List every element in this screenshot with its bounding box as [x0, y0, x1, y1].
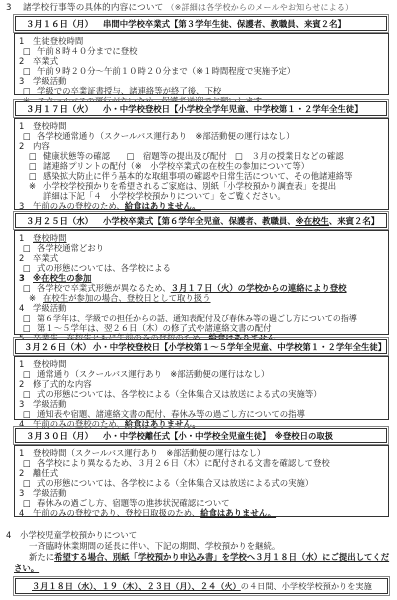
event-title: 小・中学校離任式【小・中学校全児童生徒】 ※登校日の取扱 — [103, 431, 333, 441]
list-item: 3午前のみの登校のため、給食はありません。 — [19, 201, 388, 211]
list-item: □各学校通常どおり — [19, 243, 388, 253]
list-item: □学級での卒業証書授与、諸連絡等が終了後、下校 — [19, 86, 388, 96]
section-4-line: さい。 — [6, 563, 391, 574]
section-note: （※詳細は各学校からのメールやお知らせによる） — [166, 3, 353, 12]
checkbox-icon: □ — [23, 409, 37, 419]
list-item: □各学校により異なるため、３月２６日（木）に配付される文書を確認して登校 — [19, 458, 388, 468]
list-item: □通常通り（スクールバス運行あり ※部活動便の運行はなし） — [19, 369, 388, 379]
event-date: ３月２５日（水） — [26, 216, 93, 227]
list-item: 3※在校生の参加 — [19, 273, 388, 283]
event-date: ３月３０日（月） — [26, 431, 93, 442]
event-date: ３月１７日（火） — [26, 104, 93, 115]
list-item: □第６学年は、学級での担任からの話、通知表配付及び春休み等の過ごし方についての指… — [19, 313, 388, 323]
list-item: 3学級活動 — [19, 488, 388, 498]
event-header-0325: ３月２５日（水）小学校卒業式【第６学年全児童、保護者、教職員、※在校生、来賓２名… — [15, 213, 387, 228]
list-item: □春休みの過ごし方、宿題等の進捗状況確認について — [19, 498, 388, 508]
list-item: □午前９時２０分～午前１０時２０分まで（※１時間程度で実施予定） — [19, 66, 388, 76]
list-item: □諸連絡プリントの配付（※ 小学校卒業式の在校生の参加について等） — [19, 161, 388, 171]
list-item: □感染拡大防止に伴う基本的な取組事項の確認や日常生活について、その他諸連絡等 — [19, 171, 388, 181]
checkbox-icon: □ — [23, 263, 37, 273]
list-item: □各学校で卒業式形態が異なるため、３月１７日（火）の学校からの連絡により登校 — [19, 283, 388, 293]
list-item: 3学級活動 — [19, 76, 388, 86]
checkbox-icon: □ — [29, 171, 43, 181]
event-title: 小・中学校登校日【小学校全学年児童、中学校第１・２学年全生徒】 — [103, 104, 363, 114]
checkbox-icon: □ — [23, 323, 37, 333]
section-4-line: 一斉臨時休業期間の延長に伴い、下記の期間、学校預かりを継続。 — [6, 541, 391, 552]
checkbox-icon: □ — [23, 46, 37, 56]
list-item: 3学級活動 — [19, 399, 388, 409]
childcare-dates: ３月１８日（水）、１９（木）、２３日（月）、２４（火） — [32, 581, 241, 591]
list-item: ※在校生が参加の場合、登校日として取り扱う — [19, 293, 388, 303]
checkbox-icon: □ — [23, 478, 37, 488]
list-item: 2修了式的な内容 — [19, 379, 388, 389]
checkbox-icon: □ — [29, 151, 43, 161]
event-title: 串間中学校卒業式【第３学年生徒、保護者、教職員、来賓２名】 — [103, 19, 346, 29]
list-item: 1登校時間（スクールバス運行あり ※部活動便の運行はなし） — [19, 448, 388, 458]
list-item: 2離任式 — [19, 468, 388, 478]
event-header-0317: ３月１７日（火）小・中学校登校日【小学校全学年児童、中学校第１・２学年全生徒】 — [15, 101, 387, 116]
checkbox-icon: □ — [29, 161, 43, 171]
section-number: 3 — [6, 3, 20, 13]
list-item: ※小学校学校預かりを希望されるご家庭は、別紙「小学校預かり調査表」を提出 — [19, 181, 388, 191]
list-item: 4午前のみの登校であり、登校日取扱のため、給食はありません。 — [19, 508, 388, 518]
event-body-0330: 1登校時間（スクールバス運行あり ※部活動便の運行はなし） □各学校により異なる… — [14, 445, 389, 517]
section-4-line: 新たに希望する場合、別紙「学校預かり申込み書」を学校へ３月１８日（水）にご提出し… — [6, 552, 391, 563]
section-3-heading: 3 諸学校行事等の具体的内容について （※詳細は各学校からのメールやお知らせによ… — [6, 3, 353, 13]
event-body-0326: 1登校時間 □通常通り（スクールバス運行あり ※部活動便の運行はなし） 2修了式… — [14, 356, 389, 420]
list-item: □通知表や宿題、諸連絡文書の配付、春休み等の過ごし方についての指導 — [19, 409, 388, 419]
section-title: 諸学校行事等の具体的内容について — [23, 3, 164, 13]
list-item: □健康状態等の確認 □ 宿題等の提出及び配付 □ ３月の授業日などの確認 — [19, 151, 388, 161]
list-item: 1生徒登校時間 — [19, 36, 388, 46]
list-item: 2卒業式 — [19, 56, 388, 66]
note-mark-icon: ※ — [29, 181, 43, 191]
event-date: ３月２６日（木） — [24, 342, 91, 353]
no-lunch-notice: 給食はありません。 — [125, 201, 201, 211]
event-header-0326: ３月２６日（木）小・中学校登校日【小学校第１～５学年全児童、中学校第１・２学年全… — [15, 339, 387, 354]
list-item: □午前８時４０分までに登校 — [19, 46, 388, 56]
list-item: 2内容 — [19, 141, 388, 151]
list-item: 1登校時間 — [19, 121, 388, 131]
list-item: □式の形態については、各学校による（全体集合又は放送による式の実施等） — [19, 389, 388, 399]
checkbox-icon: □ — [23, 389, 37, 399]
checkbox-icon: □ — [23, 458, 37, 468]
list-item: 詳細は下記「４ 小学校学校預かりについて」をご覧ください。 — [19, 191, 388, 201]
checkbox-icon: □ — [23, 243, 37, 253]
event-header-0330: ３月３０日（月）小・中学校離任式【小・中学校全児童生徒】 ※登校日の取扱 — [15, 428, 387, 443]
checkbox-icon: □ — [23, 369, 37, 379]
list-item: □各学校通常通り（スクールバス運行あり ※部活動便の運行はなし） — [19, 131, 388, 141]
section-4: 4小学校児童学校預かりについて 一斉臨時休業期間の延長に伴い、下記の期間、学校預… — [6, 530, 391, 574]
checkbox-icon: □ — [23, 131, 37, 141]
list-item: □式の形態については、各学校による（全体集合又は放送による式の実施） — [19, 478, 388, 488]
checkbox-icon: □ — [23, 313, 37, 323]
childcare-dates-box: ３月１８日（水）、１９（木）、２３日（月）、２４（火）の４日間、小学校学校預かり… — [15, 578, 388, 594]
list-item: □式の形態については、各学校による — [19, 263, 388, 273]
event-body-0316: 1生徒登校時間 □午前８時４０分までに登校 2卒業式 □午前９時２０分～午前１０… — [14, 33, 389, 95]
list-item: 1登校時間 — [19, 359, 388, 369]
event-body-0325: 1登校時間 □各学校通常どおり 2卒業式 □式の形態については、各学校による 3… — [14, 230, 389, 335]
list-item: 1登校時間 — [19, 233, 388, 243]
event-date: ３月１６日（月） — [26, 19, 93, 30]
event-title: 小・中学校登校日【小学校第１～５学年全児童、中学校第１・２学年全生徒】 — [93, 342, 386, 352]
list-item: 2卒業式 — [19, 253, 388, 263]
checkbox-icon: □ — [23, 283, 37, 293]
no-lunch-notice: 給食はありません。 — [200, 508, 276, 518]
list-item: 4学級活動 — [19, 303, 388, 313]
checkbox-icon: □ — [23, 66, 37, 76]
checkbox-icon: □ — [23, 86, 37, 96]
note-mark-icon: ※ — [29, 293, 43, 303]
list-item: □第１～５学年は、翌２６日（木）の修了式や諸連絡文書の配付 — [19, 323, 388, 333]
section-4-heading: 4小学校児童学校預かりについて — [6, 530, 391, 541]
checkbox-icon: □ — [23, 498, 37, 508]
event-title: 小学校卒業式【第６学年全児童、保護者、教職員、 — [103, 216, 296, 226]
event-body-0317: 1登校時間 □各学校通常通り（スクールバス運行あり ※部活動便の運行はなし） 2… — [14, 118, 389, 210]
event-header-0316: ３月１６日（月）串間中学校卒業式【第３学年生徒、保護者、教職員、来賓２名】 — [15, 16, 387, 31]
